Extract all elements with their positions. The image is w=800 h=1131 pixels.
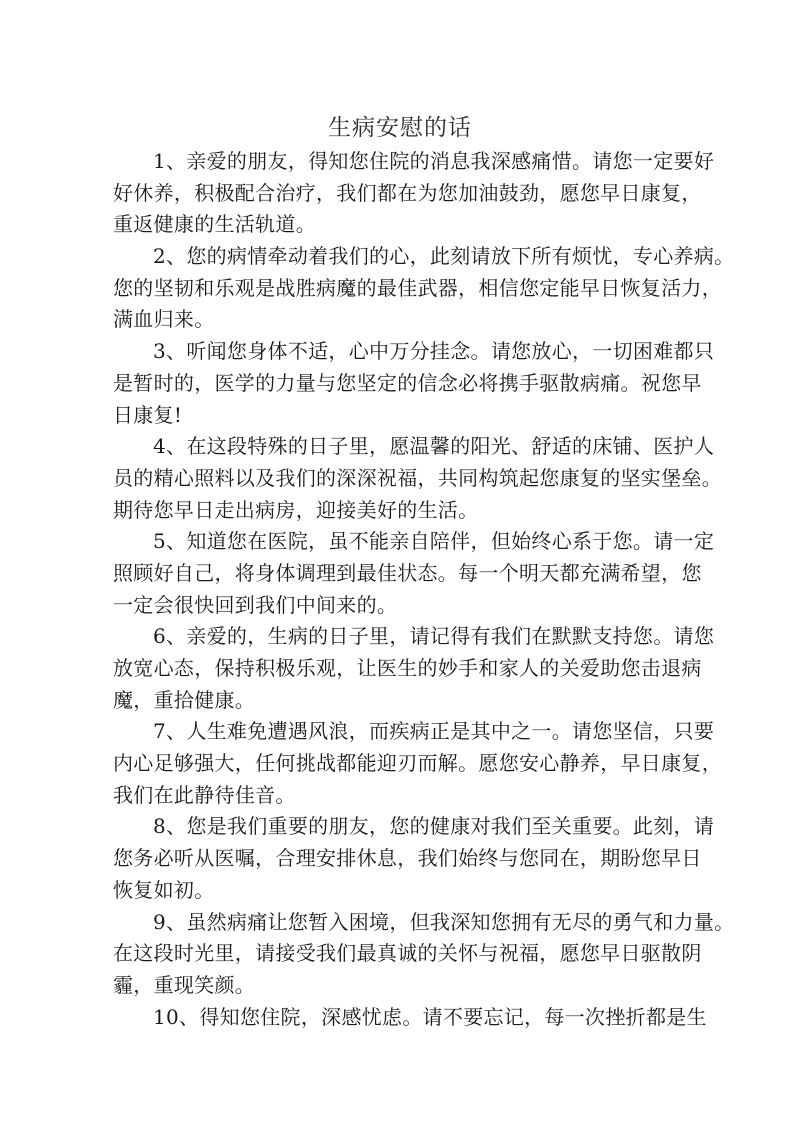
paragraph-line: 内心足够强大，任何挑战都能迎刃而解。愿您安心静养，早日康复， xyxy=(113,748,703,780)
paragraph-line: 日康复! xyxy=(113,400,703,432)
paragraph-line: 一定会很快回到我们中间来的。 xyxy=(113,590,703,622)
paragraph-line: 好休养，积极配合治疗，我们都在为您加油鼓劲，愿您早日康复， xyxy=(113,178,703,210)
paragraph-4: 4、在这段特殊的日子里，愿温馨的阳光、舒适的床铺、医护人 员的精心照料以及我们的… xyxy=(113,431,703,526)
paragraph-8: 8、您是我们重要的朋友，您的健康对我们至关重要。此刻，请 您务必听从医嘱，合理安… xyxy=(113,811,703,906)
paragraph-line: 3、听闻您身体不适，心中万分挂念。请您放心，一切困难都只 xyxy=(113,336,703,368)
paragraph-line: 恢复如初。 xyxy=(113,875,703,907)
paragraph-2: 2、您的病情牵动着我们的心，此刻请放下所有烦忧，专心养病。 您的坚韧和乐观是战胜… xyxy=(113,241,703,336)
paragraph-6: 6、亲爱的，生病的日子里，请记得有我们在默默支持您。请您 放宽心态，保持积极乐观… xyxy=(113,621,703,716)
paragraph-line: 8、您是我们重要的朋友，您的健康对我们至关重要。此刻，请 xyxy=(113,811,703,843)
paragraph-line: 我们在此静待佳音。 xyxy=(113,780,703,812)
paragraph-line: 照顾好自己，将身体调理到最佳状态。每一个明天都充满希望，您 xyxy=(113,558,703,590)
paragraph-line: 员的精心照料以及我们的深深祝福，共同构筑起您康复的坚实堡垒。 xyxy=(113,463,703,495)
paragraph-line: 放宽心态，保持积极乐观，让医生的妙手和家人的关爱助您击退病 xyxy=(113,653,703,685)
paragraph-line: 6、亲爱的，生病的日子里，请记得有我们在默默支持您。请您 xyxy=(113,621,703,653)
paragraph-line: 满血归来。 xyxy=(113,304,703,336)
paragraph-line: 5、知道您在医院，虽不能亲自陪伴，但始终心系于您。请一定 xyxy=(113,526,703,558)
paragraph-line: 您务必听从医嘱，合理安排休息，我们始终与您同在，期盼您早日 xyxy=(113,843,703,875)
paragraph-line: 10、得知您住院，深感忧虑。请不要忘记，每一次挫折都是生 xyxy=(113,1002,703,1034)
document-body: 1、亲爱的朋友，得知您住院的消息我深感痛惜。请您一定要好 好休养，积极配合治疗，… xyxy=(113,146,703,1033)
paragraph-5: 5、知道您在医院，虽不能亲自陪伴，但始终心系于您。请一定 照顾好自己，将身体调理… xyxy=(113,526,703,621)
paragraph-7: 7、人生难免遭遇风浪，而疾病正是其中之一。请您坚信，只要 内心足够强大，任何挑战… xyxy=(113,716,703,811)
paragraph-line: 4、在这段特殊的日子里，愿温馨的阳光、舒适的床铺、医护人 xyxy=(113,431,703,463)
paragraph-line: 重返健康的生活轨道。 xyxy=(113,209,703,241)
paragraph-line: 是暂时的，医学的力量与您坚定的信念必将携手驱散病痛。祝您早 xyxy=(113,368,703,400)
paragraph-line: 9、虽然病痛让您暂入困境，但我深知您拥有无尽的勇气和力量。 xyxy=(113,907,703,939)
paragraph-line: 霾，重现笑颜。 xyxy=(113,970,703,1002)
paragraph-10: 10、得知您住院，深感忧虑。请不要忘记，每一次挫折都是生 xyxy=(113,1002,703,1034)
document-page: 生病安慰的话 1、亲爱的朋友，得知您住院的消息我深感痛惜。请您一定要好 好休养，… xyxy=(0,0,800,1131)
document-title: 生病安慰的话 xyxy=(0,112,800,144)
paragraph-line: 您的坚韧和乐观是战胜病魔的最佳武器，相信您定能早日恢复活力， xyxy=(113,273,703,305)
paragraph-line: 在这段时光里，请接受我们最真诚的关怀与祝福，愿您早日驱散阴 xyxy=(113,938,703,970)
paragraph-line: 期待您早日走出病房，迎接美好的生活。 xyxy=(113,495,703,527)
paragraph-line: 7、人生难免遭遇风浪，而疾病正是其中之一。请您坚信，只要 xyxy=(113,716,703,748)
paragraph-9: 9、虽然病痛让您暂入困境，但我深知您拥有无尽的勇气和力量。 在这段时光里，请接受… xyxy=(113,907,703,1002)
paragraph-3: 3、听闻您身体不适，心中万分挂念。请您放心，一切困难都只 是暂时的，医学的力量与… xyxy=(113,336,703,431)
paragraph-line: 魔，重拾健康。 xyxy=(113,685,703,717)
paragraph-line: 1、亲爱的朋友，得知您住院的消息我深感痛惜。请您一定要好 xyxy=(113,146,703,178)
paragraph-line: 2、您的病情牵动着我们的心，此刻请放下所有烦忧，专心养病。 xyxy=(113,241,703,273)
paragraph-1: 1、亲爱的朋友，得知您住院的消息我深感痛惜。请您一定要好 好休养，积极配合治疗，… xyxy=(113,146,703,241)
